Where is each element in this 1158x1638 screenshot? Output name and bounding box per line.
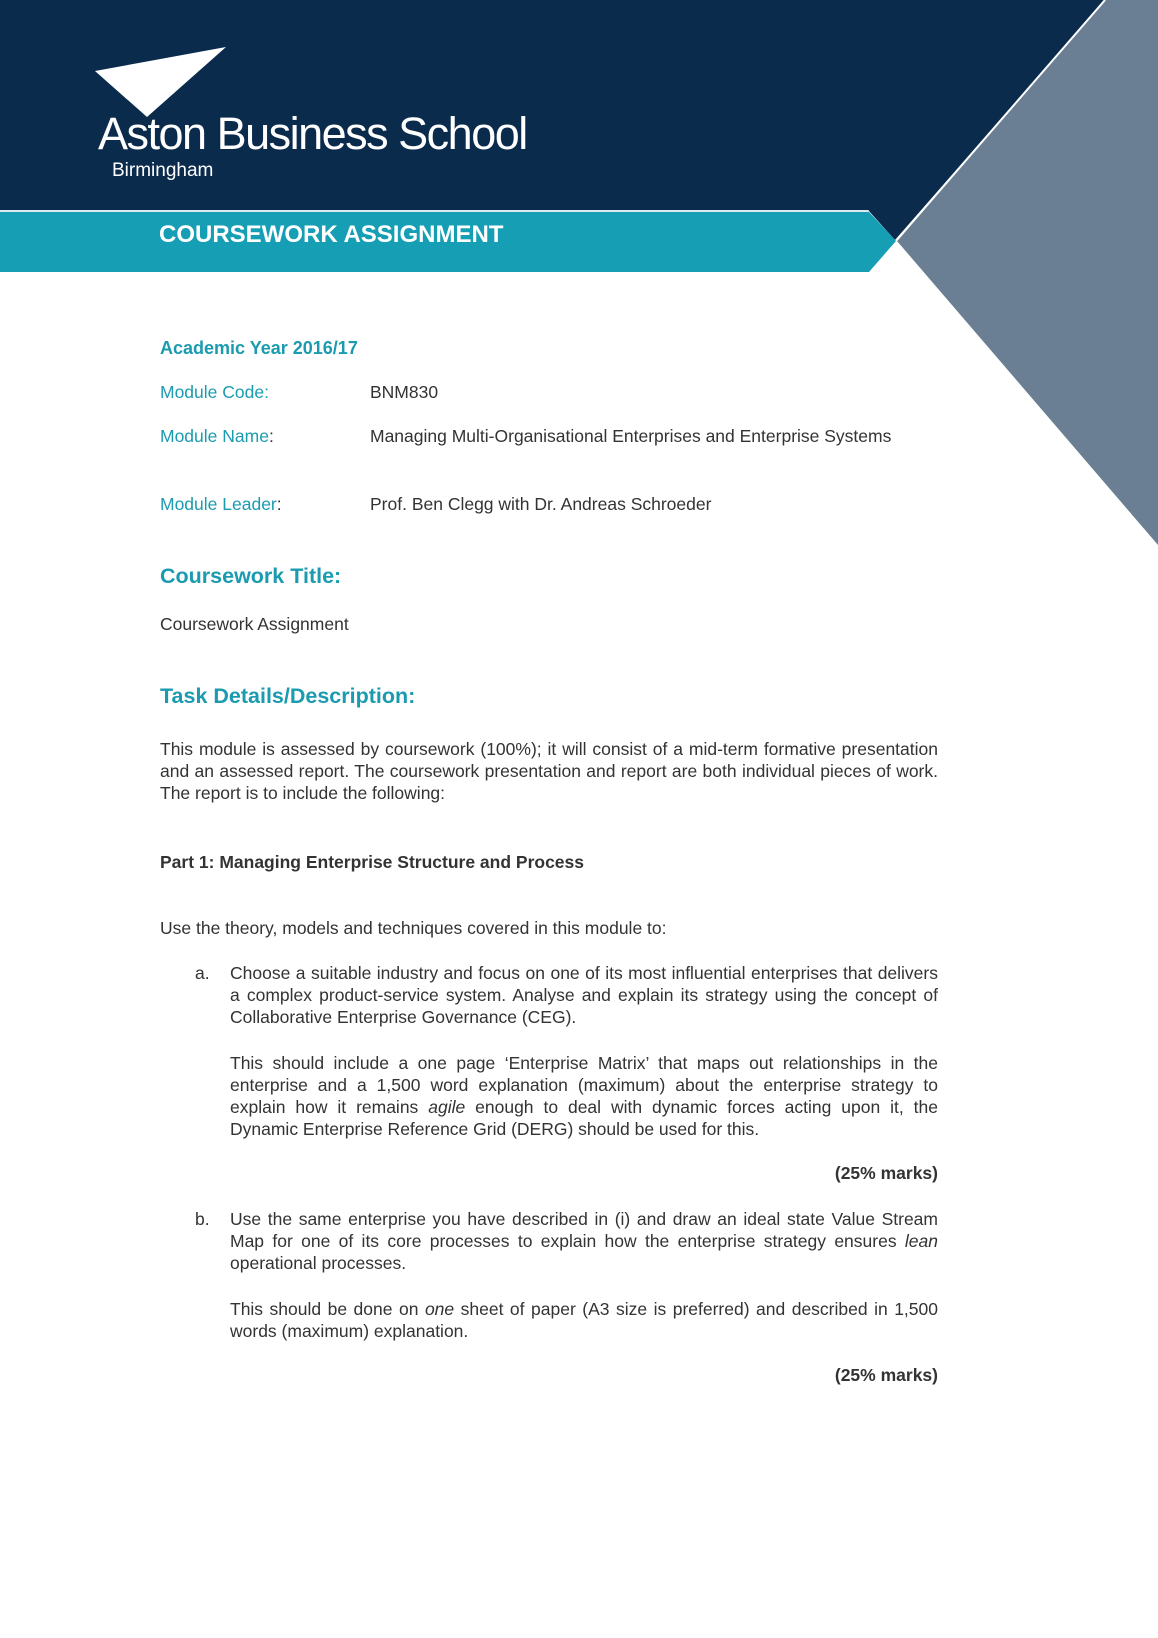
coursework-title-heading: Coursework Title: [160, 565, 341, 587]
task-intro: This module is assessed by coursework (1… [160, 738, 938, 804]
module-code-label: Module Code: [160, 381, 370, 403]
item-b-para2: This should be done on one sheet of pape… [230, 1298, 938, 1342]
item-a-para2: This should include a one page ‘Enterpri… [230, 1052, 938, 1140]
list-marker: a. [195, 962, 210, 984]
module-leader-row: Module Leader: Prof. Ben Clegg with Dr. … [160, 493, 938, 515]
module-name-label: Module Name: [160, 425, 370, 447]
module-code-value: BNM830 [370, 381, 938, 403]
task-details-heading: Task Details/Description: [160, 685, 415, 707]
academic-year: Academic Year 2016/17 [160, 337, 358, 359]
item-a-para1: Choose a suitable industry and focus on … [230, 962, 938, 1028]
header-graphic [0, 0, 1158, 560]
item-a-marks: (25% marks) [835, 1162, 938, 1184]
module-leader-value: Prof. Ben Clegg with Dr. Andreas Schroed… [370, 493, 938, 515]
module-code-row: Module Code: BNM830 [160, 381, 938, 403]
logo-location: Birmingham [112, 160, 213, 182]
module-name-row: Module Name: Managing Multi-Organisation… [160, 425, 938, 447]
module-leader-label: Module Leader: [160, 493, 370, 515]
banner-title: COURSEWORK ASSIGNMENT [159, 221, 503, 249]
list-marker: b. [195, 1208, 210, 1230]
part1-heading: Part 1: Managing Enterprise Structure an… [160, 851, 938, 873]
module-name-value: Managing Multi-Organisational Enterprise… [370, 425, 938, 447]
part1-lead: Use the theory, models and techniques co… [160, 917, 938, 939]
coursework-title: Coursework Assignment [160, 613, 938, 635]
logo-wordmark: Aston Business School [98, 108, 527, 160]
item-b-marks: (25% marks) [835, 1364, 938, 1386]
item-b-para1: Use the same enterprise you have describ… [230, 1208, 938, 1274]
